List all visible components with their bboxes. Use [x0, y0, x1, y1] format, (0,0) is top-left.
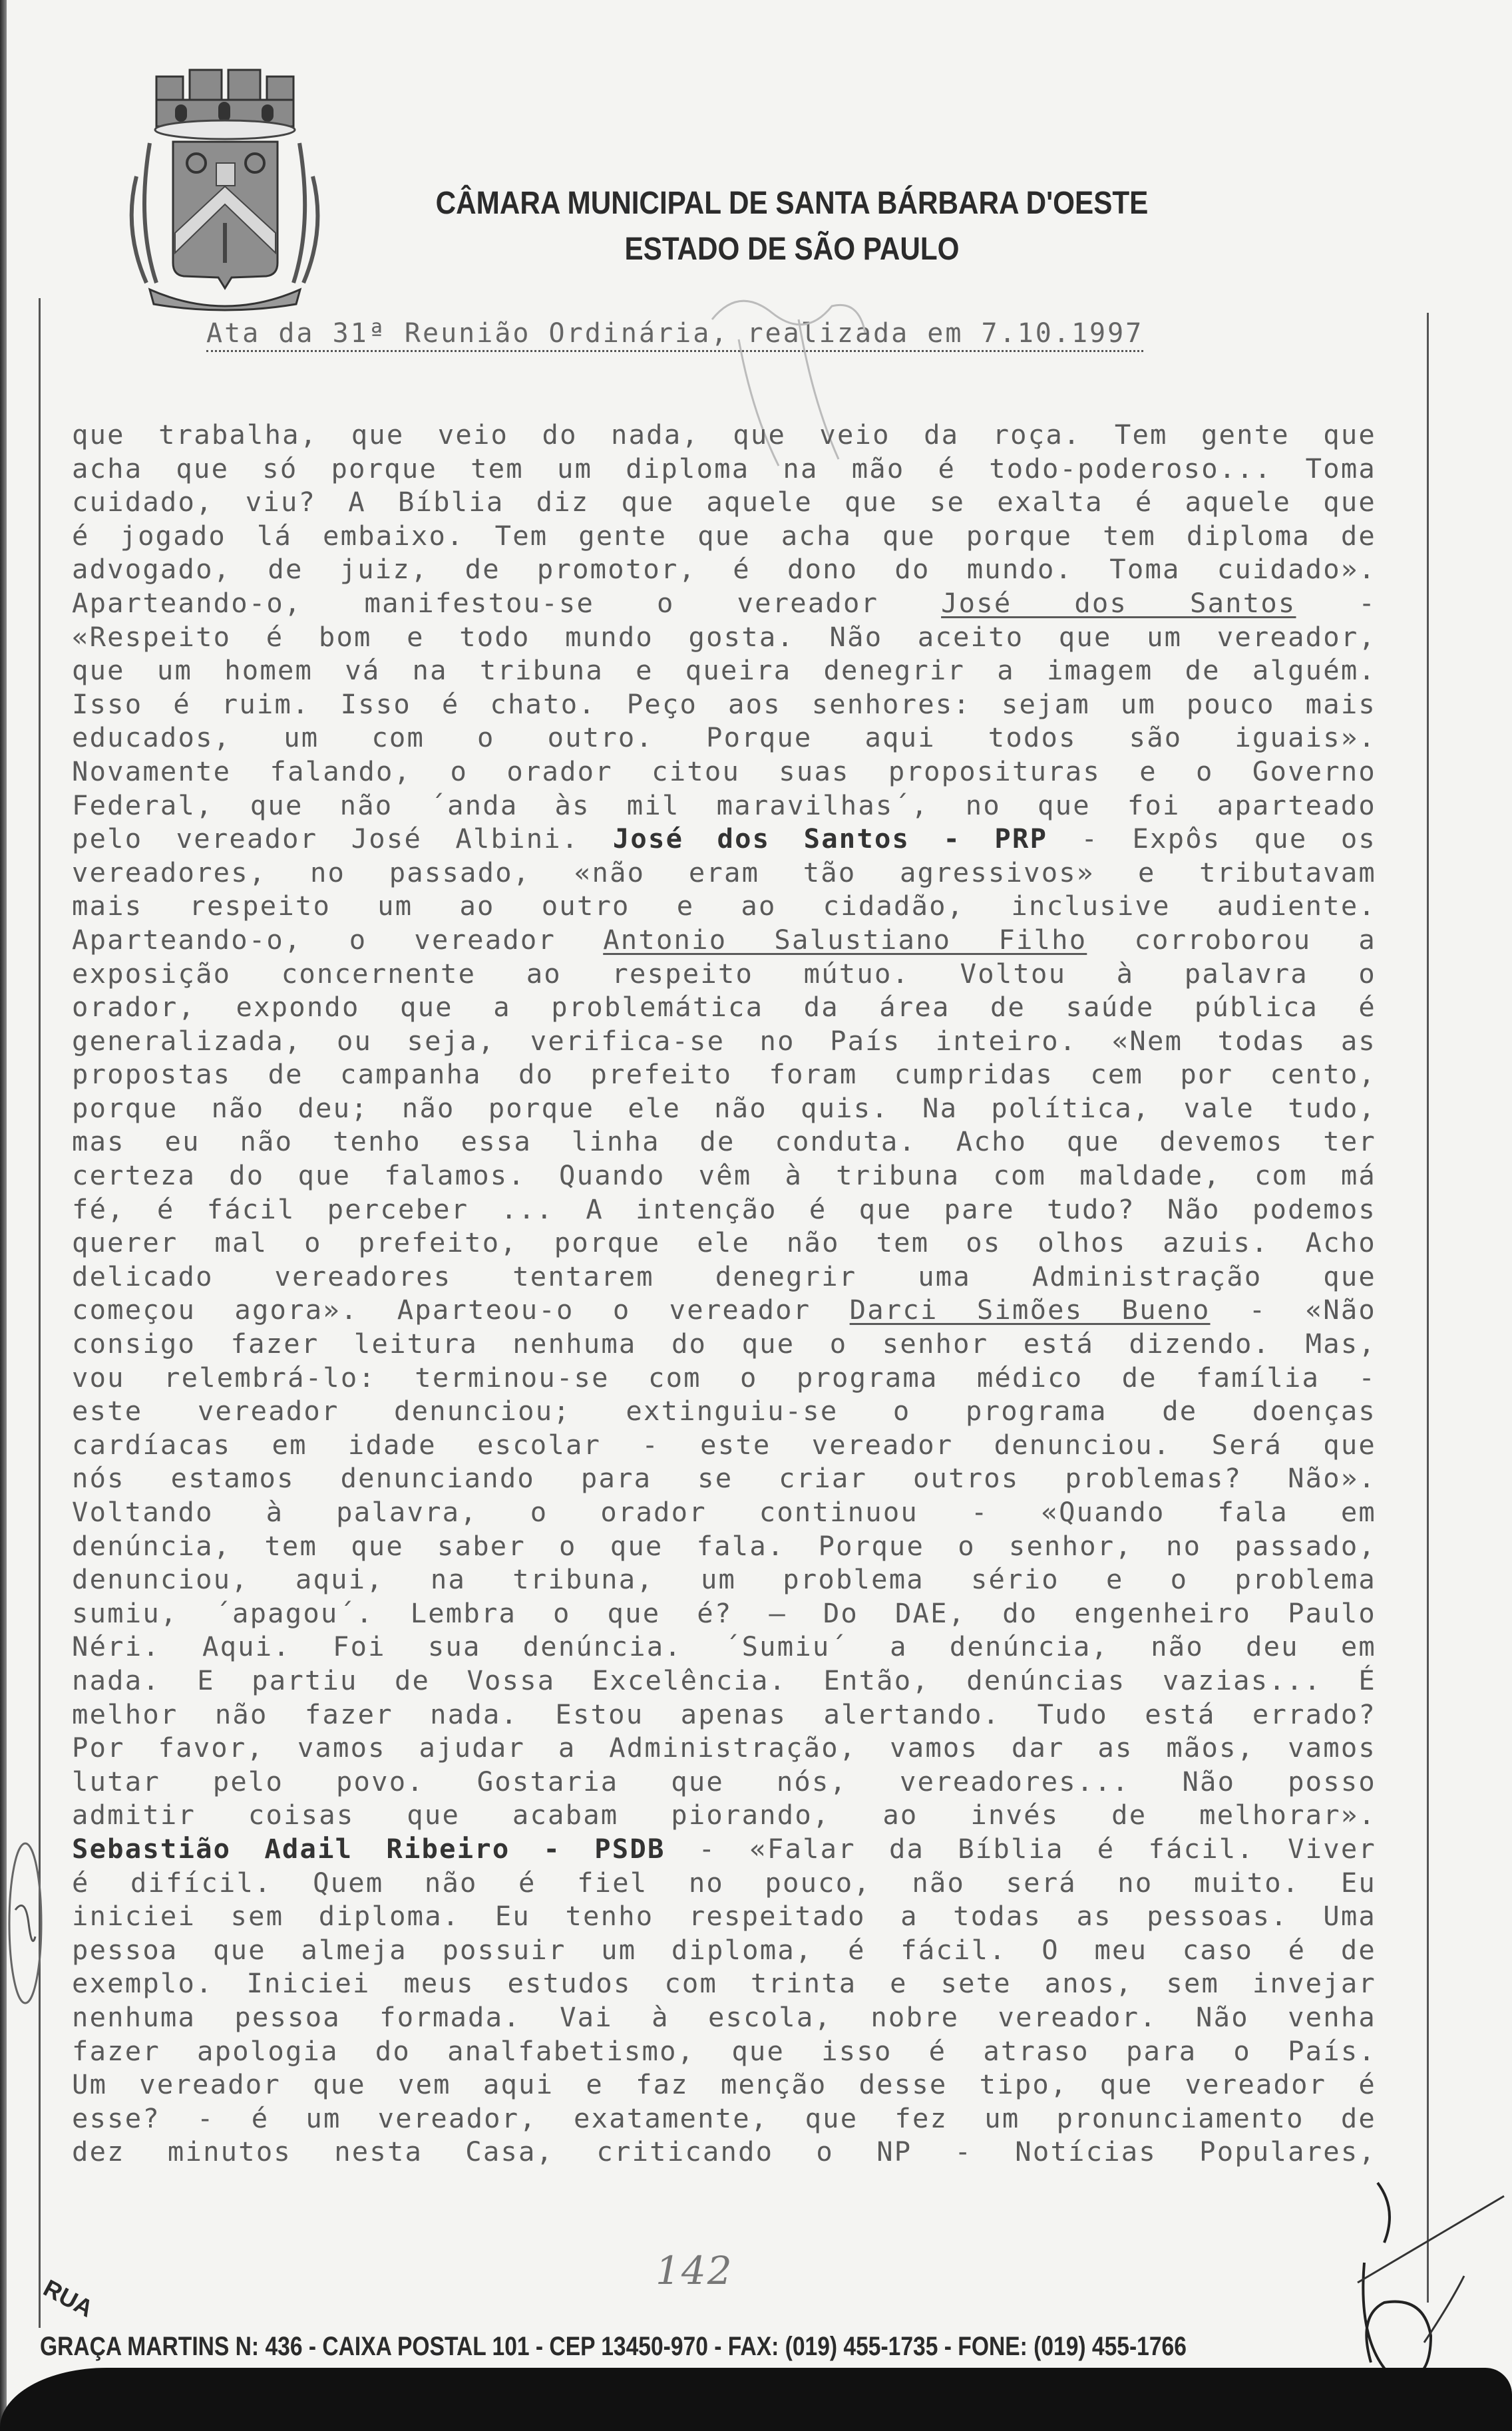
text-line: melhor não fazer nada. Estou apenas aler…: [72, 1698, 1376, 1732]
letterhead: CÂMARA MUNICIPAL DE SANTA BÁRBARA D'OEST…: [411, 185, 1173, 268]
text-line: começou agora». Aparteou-o o vereador Da…: [72, 1293, 1376, 1327]
text-line: porque não deu; não porque ele não quis.…: [72, 1091, 1376, 1125]
text-segment: vereadores, no passado, «não eram tão ag…: [72, 856, 1376, 888]
text-line: advogado, de juiz, de promotor, é dono d…: [72, 552, 1376, 586]
footer-street-prefix: RUA: [39, 2274, 98, 2323]
text-line: Voltando à palavra, o orador continuou -…: [72, 1495, 1376, 1529]
text-line: sumiu, ´apagou´. Lembra o que é? — Do DA…: [72, 1596, 1376, 1630]
text-segment: este vereador denunciou; extinguiu-se o …: [72, 1395, 1376, 1427]
speaker-heading: Sebastião Adail Ribeiro - PSDB: [72, 1833, 665, 1865]
text-line: exemplo. Iniciei meus estudos com trinta…: [72, 1966, 1376, 2000]
text-line: Sebastião Adail Ribeiro - PSDB - «Falar …: [72, 1832, 1376, 1866]
text-segment: consigo fazer leitura nenhuma do que o s…: [72, 1328, 1376, 1360]
text-line: fazer apologia do analfabetismo, que iss…: [72, 2034, 1376, 2068]
text-line: delicado vereadores tentarem denegrir um…: [72, 1260, 1376, 1294]
text-line: é difícil. Quem não é fiel no pouco, não…: [72, 1866, 1376, 1900]
text-line: nós estamos denunciando para se criar ou…: [72, 1461, 1376, 1495]
text-line: orador, expondo que a problemática da ár…: [72, 990, 1376, 1024]
speaker-heading: José dos Santos - PRP: [613, 823, 1047, 854]
text-segment: que trabalha, que veio do nada, que veio…: [72, 419, 1376, 451]
text-line: Por favor, vamos ajudar a Administração,…: [72, 1731, 1376, 1765]
state-name: ESTADO DE SÃO PAULO: [411, 231, 1173, 268]
text-segment: nada. E partiu de Vossa Excelência. Entã…: [72, 1664, 1376, 1696]
text-line: Aparteando-o, manifestou-se o vereador J…: [72, 586, 1376, 620]
text-line: esse? - é um vereador, exatamente, que f…: [72, 2102, 1376, 2136]
text-line: educados, um com o outro. Porque aqui to…: [72, 721, 1376, 755]
text-segment: Voltando à palavra, o orador continuou -…: [72, 1496, 1376, 1528]
text-segment: fazer apologia do analfabetismo, que iss…: [72, 2035, 1376, 2067]
text-line: nada. E partiu de Vossa Excelência. Entã…: [72, 1664, 1376, 1698]
text-segment: querer mal o prefeito, porque ele não te…: [72, 1226, 1376, 1258]
text-segment: Néri. Aqui. Foi sua denúncia. ´Sumiu´ a …: [72, 1630, 1376, 1662]
scan-edge-left: [0, 0, 7, 2431]
text-line: cardíacas em idade escolar - este veread…: [72, 1428, 1376, 1462]
handwritten-initials-left-icon: [5, 1837, 49, 2010]
text-segment: - «Não: [1211, 1294, 1376, 1326]
council-member-name: Darci Simões Bueno: [850, 1294, 1211, 1326]
margin-rule-left: [39, 298, 41, 2328]
minutes-title: Ata da 31ª Reunião Ordinária, realizada …: [206, 318, 1143, 352]
text-line: que trabalha, que veio do nada, que veio…: [72, 418, 1376, 452]
text-segment: é difícil. Quem não é fiel no pouco, não…: [72, 1867, 1376, 1899]
coat-of-arms-icon: [110, 63, 339, 316]
text-segment: Novamente falando, o orador citou suas p…: [72, 755, 1376, 787]
text-segment: mais respeito um ao outro e ao cidadão, …: [72, 890, 1376, 922]
text-segment: certeza do que falamos. Quando vêm à tri…: [72, 1159, 1376, 1191]
text-line: consigo fazer leitura nenhuma do que o s…: [72, 1327, 1376, 1361]
text-line: mais respeito um ao outro e ao cidadão, …: [72, 889, 1376, 923]
text-segment: vou relembrá-lo: terminou-se com o progr…: [72, 1362, 1376, 1394]
text-line: vereadores, no passado, «não eram tão ag…: [72, 856, 1376, 890]
text-line: «Respeito é bom e todo mundo gosta. Não …: [72, 620, 1376, 654]
text-line: admitir coisas que acabam piorando, ao i…: [72, 1798, 1376, 1832]
text-segment: nós estamos denunciando para se criar ou…: [72, 1462, 1376, 1494]
text-line: nenhuma pessoa formada. Vai à escola, no…: [72, 2000, 1376, 2034]
text-segment: cuidado, viu? A Bíblia diz que aquele qu…: [72, 486, 1376, 518]
text-segment: nenhuma pessoa formada. Vai à escola, no…: [72, 2001, 1376, 2033]
text-line: Federal, que não ´anda às mil maravilhas…: [72, 789, 1376, 823]
institution-name: CÂMARA MUNICIPAL DE SANTA BÁRBARA D'OEST…: [411, 185, 1173, 222]
text-line: Um vereador que vem aqui e faz menção de…: [72, 2068, 1376, 2102]
text-line: pelo vereador José Albini. José dos Sant…: [72, 822, 1376, 856]
text-segment: educados, um com o outro. Porque aqui to…: [72, 721, 1376, 753]
text-segment: - «Falar da Bíblia é fácil. Viver: [665, 1833, 1376, 1865]
text-segment: admitir coisas que acabam piorando, ao i…: [72, 1799, 1376, 1831]
text-segment: denunciou, aqui, na tribuna, um problema…: [72, 1563, 1376, 1595]
footer-address: RUAGRAÇA MARTINS N: 436 - CAIXA POSTAL 1…: [52, 2273, 1449, 2333]
text-segment: que um homem vá na tribuna e queira dene…: [72, 654, 1376, 686]
text-line: Novamente falando, o orador citou suas p…: [72, 755, 1376, 789]
text-segment: delicado vereadores tentarem denegrir um…: [72, 1260, 1376, 1292]
margin-rule-right: [1427, 313, 1429, 2303]
text-line: denúncia, tem que saber o que fala. Porq…: [72, 1529, 1376, 1563]
text-segment: «Respeito é bom e todo mundo gosta. Não …: [72, 621, 1376, 653]
text-line: propostas de campanha do prefeito foram …: [72, 1057, 1376, 1091]
text-line: iniciei sem diploma. Eu tenho respeitado…: [72, 1899, 1376, 1933]
text-segment: acha que só porque tem um diploma na mão…: [72, 453, 1376, 484]
text-segment: iniciei sem diploma. Eu tenho respeitado…: [72, 1900, 1376, 1932]
text-line: querer mal o prefeito, porque ele não te…: [72, 1226, 1376, 1260]
text-line: certeza do que falamos. Quando vêm à tri…: [72, 1159, 1376, 1193]
text-segment: - Expôs que os: [1047, 823, 1376, 854]
text-segment: melhor não fazer nada. Estou apenas aler…: [72, 1698, 1376, 1730]
text-line: cuidado, viu? A Bíblia diz que aquele qu…: [72, 485, 1376, 519]
text-line: fé, é fácil perceber ... A intenção é qu…: [72, 1193, 1376, 1226]
text-segment: dez minutos nesta Casa, criticando o NP …: [72, 2136, 1376, 2167]
text-segment: sumiu, ´apagou´. Lembra o que é? — Do DA…: [72, 1597, 1376, 1629]
text-segment: exemplo. Iniciei meus estudos com trinta…: [72, 1967, 1376, 1999]
text-segment: generalizada, ou seja, verifica-se no Pa…: [72, 1025, 1376, 1057]
text-line: acha que só porque tem um diploma na mão…: [72, 452, 1376, 486]
text-segment: é jogado lá embaixo. Tem gente que acha …: [72, 520, 1376, 552]
text-line: denunciou, aqui, na tribuna, um problema…: [72, 1563, 1376, 1596]
text-line: que um homem vá na tribuna e queira dene…: [72, 654, 1376, 687]
text-segment: corroborou a: [1087, 924, 1376, 956]
text-line: pessoa que almeja possuir um diploma, é …: [72, 1933, 1376, 1967]
text-segment: pelo vereador José Albini.: [72, 823, 613, 854]
text-line: dez minutos nesta Casa, criticando o NP …: [72, 2135, 1376, 2169]
text-line: exposição concernente ao respeito mútuo.…: [72, 957, 1376, 991]
council-member-name: José dos Santos: [941, 587, 1296, 619]
text-segment: Por favor, vamos ajudar a Administração,…: [72, 1732, 1376, 1764]
text-segment: esse? - é um vereador, exatamente, que f…: [72, 2102, 1376, 2134]
text-segment: propostas de campanha do prefeito foram …: [72, 1058, 1376, 1090]
text-segment: Um vereador que vem aqui e faz menção de…: [72, 2068, 1376, 2100]
text-segment: Federal, que não ´anda às mil maravilhas…: [72, 789, 1376, 821]
text-segment: Aparteando-o, o vereador: [72, 924, 603, 956]
text-segment: advogado, de juiz, de promotor, é dono d…: [72, 553, 1376, 585]
text-segment: -: [1296, 587, 1377, 619]
text-segment: Isso é ruim. Isso é chato. Peço aos senh…: [72, 688, 1376, 720]
text-line: este vereador denunciou; extinguiu-se o …: [72, 1394, 1376, 1428]
text-segment: denúncia, tem que saber o que fala. Porq…: [72, 1530, 1376, 1562]
minutes-body: que trabalha, que veio do nada, que veio…: [72, 418, 1376, 2169]
text-line: Aparteando-o, o vereador Antonio Salusti…: [72, 923, 1376, 957]
text-segment: orador, expondo que a problemática da ár…: [72, 991, 1376, 1023]
text-segment: lutar pelo povo. Gostaria que nós, verea…: [72, 1766, 1376, 1797]
text-segment: fé, é fácil perceber ... A intenção é qu…: [72, 1193, 1376, 1225]
text-segment: mas eu não tenho essa linha de conduta. …: [72, 1125, 1376, 1157]
text-line: vou relembrá-lo: terminou-se com o progr…: [72, 1361, 1376, 1395]
text-segment: porque não deu; não porque ele não quis.…: [72, 1092, 1376, 1124]
text-segment: cardíacas em idade escolar - este veread…: [72, 1429, 1376, 1461]
footer-address-text: GRAÇA MARTINS N: 436 - CAIXA POSTAL 101 …: [40, 2332, 1187, 2362]
text-line: Isso é ruim. Isso é chato. Peço aos senh…: [72, 687, 1376, 721]
text-line: generalizada, ou seja, verifica-se no Pa…: [72, 1024, 1376, 1058]
text-segment: pessoa que almeja possuir um diploma, é …: [72, 1934, 1376, 1966]
text-segment: exposição concernente ao respeito mútuo.…: [72, 958, 1376, 990]
text-line: Néri. Aqui. Foi sua denúncia. ´Sumiu´ a …: [72, 1630, 1376, 1664]
text-line: mas eu não tenho essa linha de conduta. …: [72, 1125, 1376, 1159]
council-member-name: Antonio Salustiano Filho: [603, 924, 1087, 956]
text-segment: começou agora». Aparteou-o o vereador: [72, 1294, 850, 1326]
scan-edge-bottom: [0, 2368, 1512, 2431]
text-line: lutar pelo povo. Gostaria que nós, verea…: [72, 1765, 1376, 1799]
text-line: é jogado lá embaixo. Tem gente que acha …: [72, 519, 1376, 553]
text-segment: Aparteando-o, manifestou-se o vereador: [72, 587, 941, 619]
